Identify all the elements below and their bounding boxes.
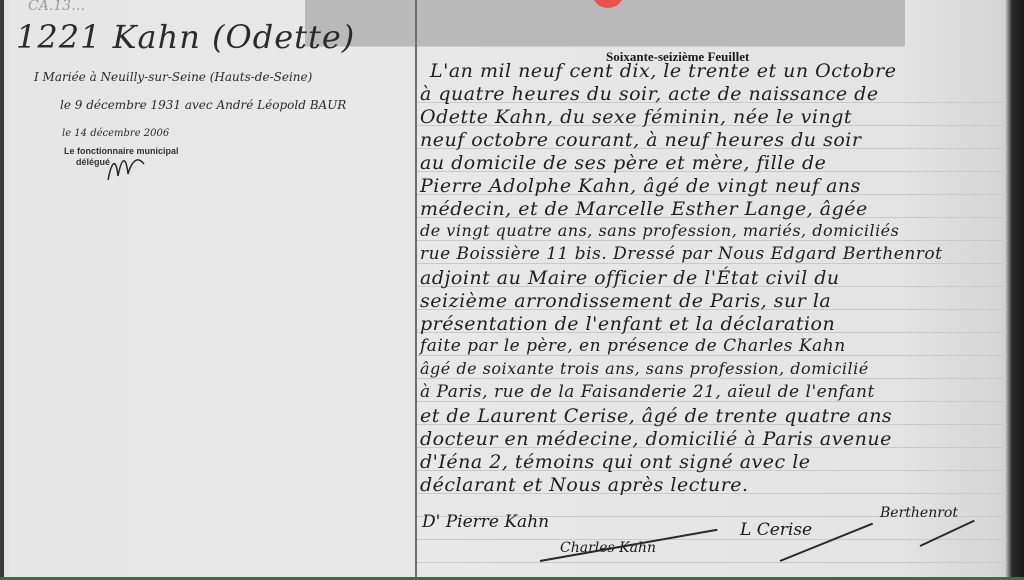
act-line-5: au domicile de ses père et mère, fille d… <box>420 152 826 174</box>
signature-cerise: L Cerise <box>740 520 812 540</box>
act-line-17: docteur en médecine, domicilié à Paris a… <box>420 428 892 450</box>
act-line-16: et de Laurent Cerise, âgé de trente quat… <box>420 405 892 427</box>
marginal-note-date: le 14 décembre 2006 <box>62 128 169 139</box>
act-line-1: L'an mil neuf cent dix, le trente et un … <box>430 60 896 82</box>
act-line-9: rue Boissière 11 bis. Dressé par Nous Ed… <box>420 244 942 264</box>
act-line-15: à Paris, rue de la Faisanderie 21, aïeul… <box>420 382 875 402</box>
act-line-10: adjoint au Maire officier de l'État civi… <box>420 267 840 289</box>
signature-berthenrot: Berthenrot <box>880 505 958 521</box>
act-line-19: déclarant et Nous après lecture. <box>420 474 749 496</box>
entry-title: 1221 Kahn (Odette) <box>16 18 355 56</box>
act-line-13: faite par le père, en présence de Charle… <box>420 336 846 356</box>
act-line-14: âgé de soixante trois ans, sans professi… <box>420 359 869 378</box>
act-line-11: seizième arrondissement de Paris, sur la <box>420 290 831 312</box>
act-line-7: médecin, et de Marcelle Esther Lange, âg… <box>420 198 868 220</box>
act-line-8: de vingt quatre ans, sans profession, ma… <box>420 221 899 240</box>
act-line-12: présentation de l'enfant et la déclarati… <box>420 313 835 335</box>
margin-divider-line <box>415 0 417 577</box>
marginal-note-marriage-date: le 9 décembre 1931 avec André Léopold BA… <box>60 98 346 112</box>
act-line-2: à quatre heures du soir, acte de naissan… <box>420 83 879 105</box>
act-line-18: d'Iéna 2, témoins qui ont signé avec le <box>420 451 811 473</box>
official-signature-icon <box>100 150 150 186</box>
page-binding-edge <box>0 0 4 580</box>
act-line-6: Pierre Adolphe Kahn, âgé de vingt neuf a… <box>420 175 861 197</box>
scanned-register-page: CA.13… 1221 Kahn (Odette) I Mariée à Neu… <box>0 0 1024 580</box>
act-line-3: Odette Kahn, du sexe féminin, née le vin… <box>420 106 852 128</box>
signature-pierre-kahn: D' Pierre Kahn <box>422 512 549 532</box>
act-line-4: neuf octobre courant, à neuf heures du s… <box>420 129 861 151</box>
marginal-note-marriage: I Mariée à Neuilly-sur-Seine (Hauts-de-S… <box>34 70 312 84</box>
reference-code: CA.13… <box>28 0 85 14</box>
